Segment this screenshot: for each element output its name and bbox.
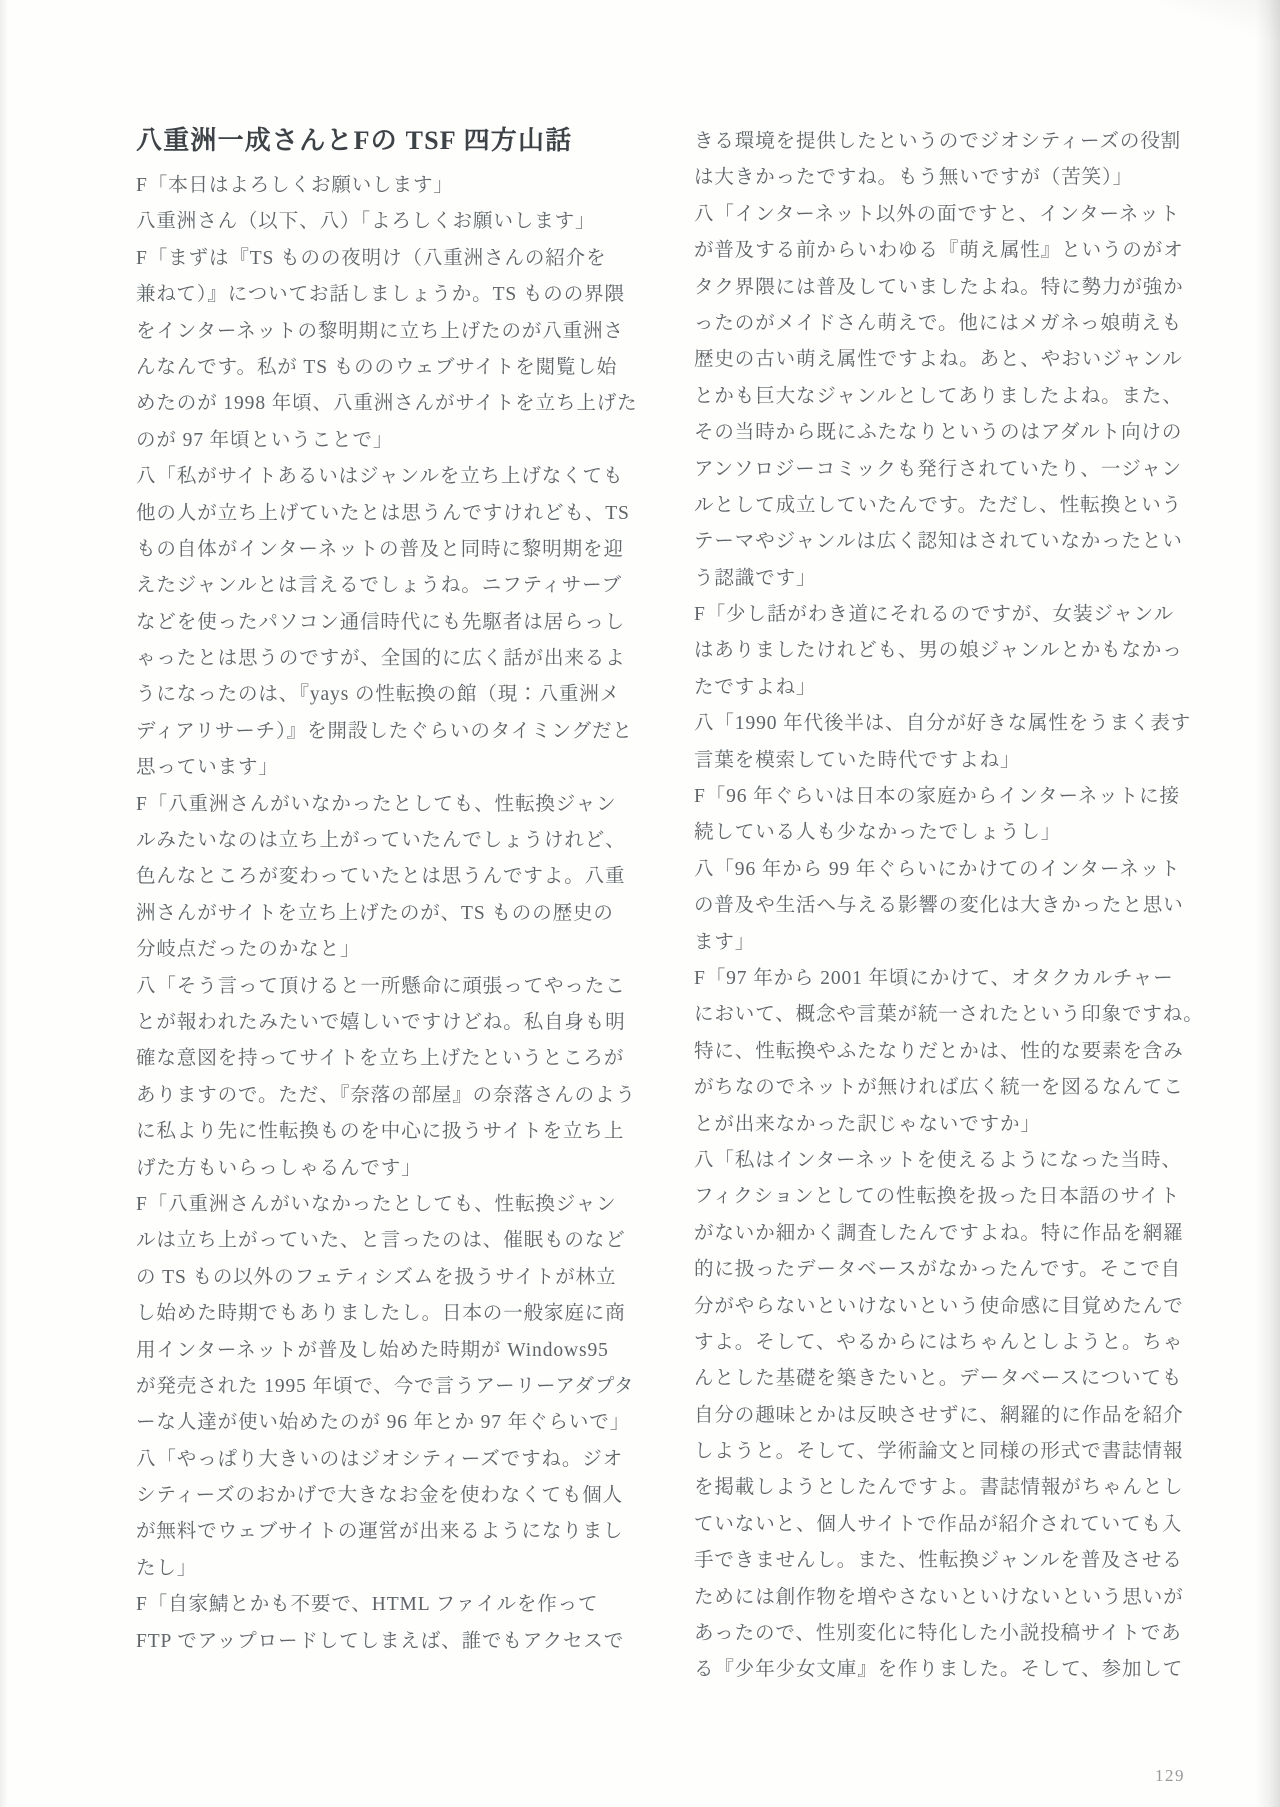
text-line: 八「インターネット以外の面ですと、インターネット	[694, 197, 1204, 233]
page-edge-shadow-left	[0, 0, 8, 1807]
text-line: 用インターネットが普及し始めた時期が Windows95	[136, 1333, 646, 1369]
text-line: 分岐点だったのかなと」	[136, 932, 646, 968]
document-page: 八重洲一成さんとFの TSF 四方山話 F「本日はよろしくお願いします」八重洲さ…	[0, 0, 1280, 1807]
text-line: ていないと、個人サイトで作品が紹介されていても入	[694, 1507, 1204, 1543]
text-line: ゃったとは思うのですが、全国的に広く話が出来るよ	[136, 641, 646, 677]
page-number: 129	[1155, 1766, 1185, 1786]
text-line: とが報われたみたいで嬉しいですけどね。私自身も明	[136, 1005, 646, 1041]
text-line: F「少し話がわき道にそれるのですが、女装ジャンル	[694, 597, 1204, 633]
text-line: 特に、性転換やふたなりだとかは、性的な要素を含み	[694, 1034, 1204, 1070]
text-line: タク界隈には普及していましたよね。特に勢力が強か	[694, 270, 1204, 306]
text-line: ます」	[694, 925, 1204, 961]
text-line: ありますので。ただ、『奈落の部屋』の奈落さんのよう	[136, 1078, 646, 1114]
text-line: 八「1990 年代後半は、自分が好きな属性をうまく表す	[694, 706, 1204, 742]
text-line: 八「私がサイトあるいはジャンルを立ち上げなくても	[136, 459, 646, 495]
text-line: んなんです。私が TS もののウェブサイトを閲覧し始	[136, 350, 646, 386]
text-line: F「八重洲さんがいなかったとしても、性転換ジャン	[136, 787, 646, 823]
text-line: んとした基礎を築きたいと。データベースについても	[694, 1361, 1204, 1397]
text-line: は大きかったですね。もう無いですが（苦笑）」	[694, 160, 1204, 196]
text-line: し始めた時期でもありましたし。日本の一般家庭に商	[136, 1296, 646, 1332]
text-line: すよ。そして、やるからにはちゃんとしようと。ちゃ	[694, 1325, 1204, 1361]
text-line: ためには創作物を増やさないといけないという思いが	[694, 1580, 1204, 1616]
text-line: テーマやジャンルは広く認知はされていなかったとい	[694, 524, 1204, 560]
text-line: FTP でアップロードしてしまえば、誰でもアクセスで	[136, 1624, 646, 1660]
text-line: の TS もの以外のフェティシズムを扱うサイトが林立	[136, 1260, 646, 1296]
text-line: 八重洲さん（以下、八）「よろしくお願いします」	[136, 204, 646, 240]
text-line: F「自家鯖とかも不要で、HTML ファイルを作って	[136, 1587, 646, 1623]
text-line: F「八重洲さんがいなかったとしても、性転換ジャン	[136, 1187, 646, 1223]
text-line: のが 97 年頃ということで」	[136, 423, 646, 459]
text-line: 続している人も少なかったでしょうし」	[694, 815, 1204, 851]
text-line: る『少年少女文庫』を作りました。そして、参加して	[694, 1652, 1204, 1688]
text-line: 手できませんし。また、性転換ジャンルを普及させる	[694, 1543, 1204, 1579]
text-line: F「96 年ぐらいは日本の家庭からインターネットに接	[694, 779, 1204, 815]
text-line: において、概念や言葉が統一されたという印象ですね。	[694, 997, 1204, 1033]
text-line: を掲載しようとしたんですよ。書誌情報がちゃんとし	[694, 1470, 1204, 1506]
text-line: をインターネットの黎明期に立ち上げたのが八重洲さ	[136, 314, 646, 350]
text-line: に私より先に性転換ものを中心に扱うサイトを立ち上	[136, 1114, 646, 1150]
right-column: きる環境を提供したというのでジオシティーズの役割は大きかったですね。もう無いです…	[694, 124, 1204, 1689]
text-line: F「97 年から 2001 年頃にかけて、オタクカルチャー	[694, 961, 1204, 997]
text-line: しようと。そして、学術論文と同様の形式で書誌情報	[694, 1434, 1204, 1470]
text-line: 兼ねて）』についてお話しましょうか。TS ものの界隈	[136, 277, 646, 313]
text-line: 八「私はインターネットを使えるようになった当時、	[694, 1143, 1204, 1179]
page-corner-shadow	[1160, 0, 1280, 40]
text-line: 色んなところが変わっていたとは思うんですよ。八重	[136, 859, 646, 895]
text-line: めたのが 1998 年頃、八重洲さんがサイトを立ち上げた	[136, 386, 646, 422]
text-line: とかも巨大なジャンルとしてありましたよね。また、	[694, 379, 1204, 415]
text-line: 洲さんがサイトを立ち上げたのが、TS ものの歴史の	[136, 896, 646, 932]
text-line: きる環境を提供したというのでジオシティーズの役割	[694, 124, 1204, 160]
text-line: あったので、性別変化に特化した小説投稿サイトであ	[694, 1616, 1204, 1652]
text-line: 他の人が立ち上げていたとは思うんですけれども、TS	[136, 496, 646, 532]
text-line: もの自体がインターネットの普及と同時に黎明期を迎	[136, 532, 646, 568]
text-line: 分がやらないといけないという使命感に目覚めたんで	[694, 1289, 1204, 1325]
text-line: フィクションとしての性転換を扱った日本語のサイト	[694, 1179, 1204, 1215]
page-edge-shadow-right	[1256, 0, 1280, 1807]
text-line: たですよね」	[694, 670, 1204, 706]
text-line: が無料でウェブサイトの運営が出来るようになりまし	[136, 1514, 646, 1550]
left-column: F「本日はよろしくお願いします」八重洲さん（以下、八）「よろしくお願いします」F…	[136, 168, 646, 1660]
text-line: 八「96 年から 99 年ぐらいにかけてのインターネット	[694, 852, 1204, 888]
text-line: たし」	[136, 1551, 646, 1587]
text-line: 歴史の古い萌え属性ですよね。あと、やおいジャンル	[694, 342, 1204, 378]
text-line: ディアリサーチ）』を開設したぐらいのタイミングだと	[136, 714, 646, 750]
text-line: 八「そう言って頂けると一所懸命に頑張ってやったこ	[136, 969, 646, 1005]
text-line: シティーズのおかげで大きなお金を使わなくても個人	[136, 1478, 646, 1514]
text-line: F「まずは『TS ものの夜明け（八重洲さんの紹介を	[136, 241, 646, 277]
text-line: ルみたいなのは立ち上がっていたんでしょうけれど、	[136, 823, 646, 859]
text-line: がちなのでネットが無ければ広く統一を図るなんてこ	[694, 1070, 1204, 1106]
text-line: 言葉を模索していた時代ですよね」	[694, 743, 1204, 779]
text-line: とが出来なかった訳じゃないですか」	[694, 1107, 1204, 1143]
text-line: その当時から既にふたなりというのはアダルト向けの	[694, 415, 1204, 451]
text-line: 自分の趣味とかは反映させずに、網羅的に作品を紹介	[694, 1398, 1204, 1434]
text-line: 確な意図を持ってサイトを立ち上げたというところが	[136, 1041, 646, 1077]
text-line: の普及や生活へ与える影響の変化は大きかったと思い	[694, 888, 1204, 924]
text-line: う認識です」	[694, 561, 1204, 597]
text-line: アンソロジーコミックも発行されていたり、一ジャン	[694, 452, 1204, 488]
text-line: 思っています」	[136, 750, 646, 786]
text-line: 八「やっぱり大きいのはジオシティーズですね。ジオ	[136, 1442, 646, 1478]
text-line: ルとして成立していたんです。ただし、性転換という	[694, 488, 1204, 524]
article-title: 八重洲一成さんとFの TSF 四方山話	[136, 124, 572, 158]
text-line: げた方もいらっしゃるんです」	[136, 1151, 646, 1187]
text-line: などを使ったパソコン通信時代にも先駆者は居らっし	[136, 605, 646, 641]
text-line: 的に扱ったデータベースがなかったんです。そこで自	[694, 1252, 1204, 1288]
text-line: ルは立ち上がっていた、と言ったのは、催眠ものなど	[136, 1223, 646, 1259]
text-line: えたジャンルとは言えるでしょうね。ニフティサーブ	[136, 568, 646, 604]
text-line: ーな人達が使い始めたのが 96 年とか 97 年ぐらいで」	[136, 1405, 646, 1441]
text-line: が普及する前からいわゆる『萌え属性』というのがオ	[694, 233, 1204, 269]
text-line: ったのがメイドさん萌えで。他にはメガネっ娘萌えも	[694, 306, 1204, 342]
text-line: F「本日はよろしくお願いします」	[136, 168, 646, 204]
text-line: はありましたけれども、男の娘ジャンルとかもなかっ	[694, 633, 1204, 669]
text-line: がないか細かく調査したんですよね。特に作品を網羅	[694, 1216, 1204, 1252]
text-line: うになったのは、『yays の性転換の館（現：八重洲メ	[136, 677, 646, 713]
text-line: が発売された 1995 年頃で、今で言うアーリーアダプタ	[136, 1369, 646, 1405]
